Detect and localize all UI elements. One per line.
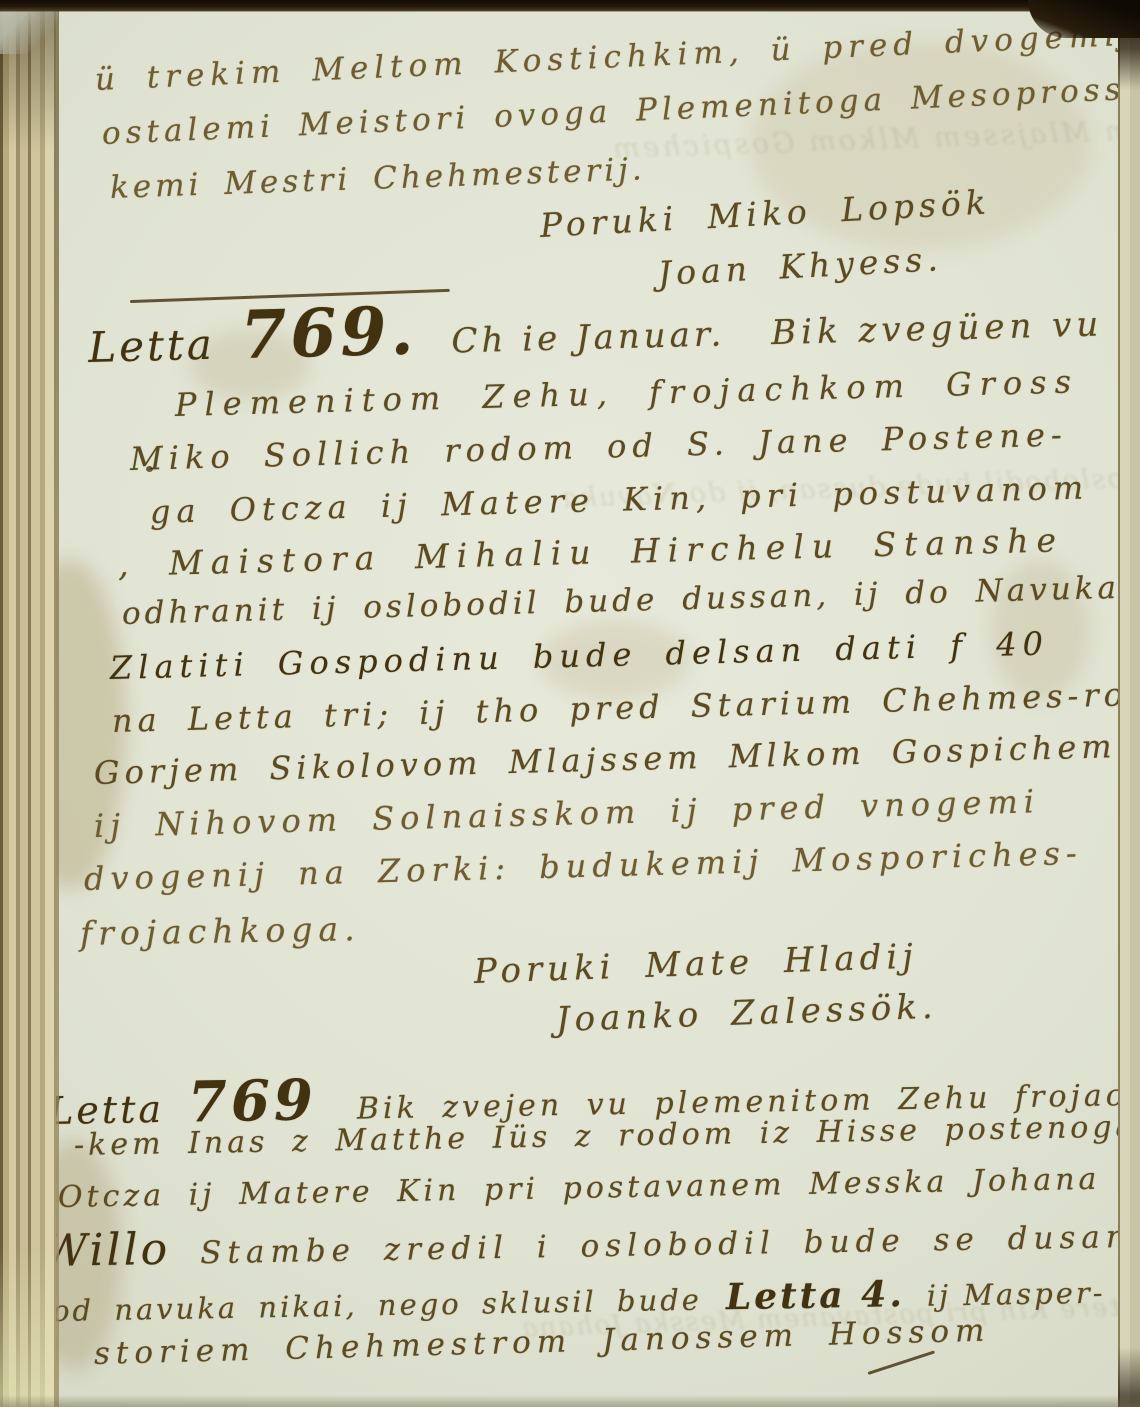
ink-dot [146, 466, 153, 472]
page-bottom-edge [0, 1395, 1140, 1407]
manuscript-line: Willo Stambe zredil i oslobodil bude se … [42, 1207, 1133, 1277]
manuscript-line: frojachkoga. [80, 909, 361, 953]
signature-line: Poruki Mate Hladij [473, 937, 918, 992]
book-binding-top [0, 0, 1140, 12]
pen-flourish [868, 1350, 936, 1374]
manuscript-line-tail: ij Masper- [927, 1276, 1106, 1313]
highlighted-word: Willo [42, 1224, 171, 1277]
manuscript-line: kemi Mestri Chehmesterij. [109, 151, 646, 206]
date-text: Ch ie Januar. [451, 314, 726, 361]
year-numeral: Letta 4. [726, 1273, 906, 1318]
manuscript-line: dvogenij na Zorki: budukemij Mosporiches… [84, 834, 1084, 898]
letta-word: Letta [88, 320, 216, 372]
page-edge-right [1118, 0, 1140, 1407]
entry-heading-tail: Bik zvegüen vu [771, 304, 1104, 353]
manuscript-line-rest: Stambe zredil i oslobodil bude se dusan [200, 1219, 1132, 1271]
page-edge-left-lip [54, 0, 59, 1407]
manuscript-line: Gorjem Sikolovom Mlajssem Mlkom Gospiche… [94, 727, 1118, 792]
signature-line: Joanko Zalessök. [555, 987, 938, 1040]
entry-heading: Letta 769. Ch ie Januar. Bik zvegüen vu [87, 273, 1104, 378]
year-numeral: 769. [239, 291, 418, 374]
manuscript-line: ij Nihovom Solnaisskom ij pred vnogemi [94, 782, 1041, 845]
manuscript-line: ga Otcza ij Matere Kin, pri postuvanom [150, 468, 1090, 531]
manuscript-page: Gorjem Sikolovom Mlajssem Mlkom Gospiche… [0, 0, 1140, 1407]
page-edge-left [0, 0, 56, 1407]
manuscript-line: Otcza ij Matere Kin pri postavanem Messk… [58, 1162, 1101, 1215]
manuscript-line: Miko Sollich rodom od S. Jane Postene- [130, 415, 1069, 478]
